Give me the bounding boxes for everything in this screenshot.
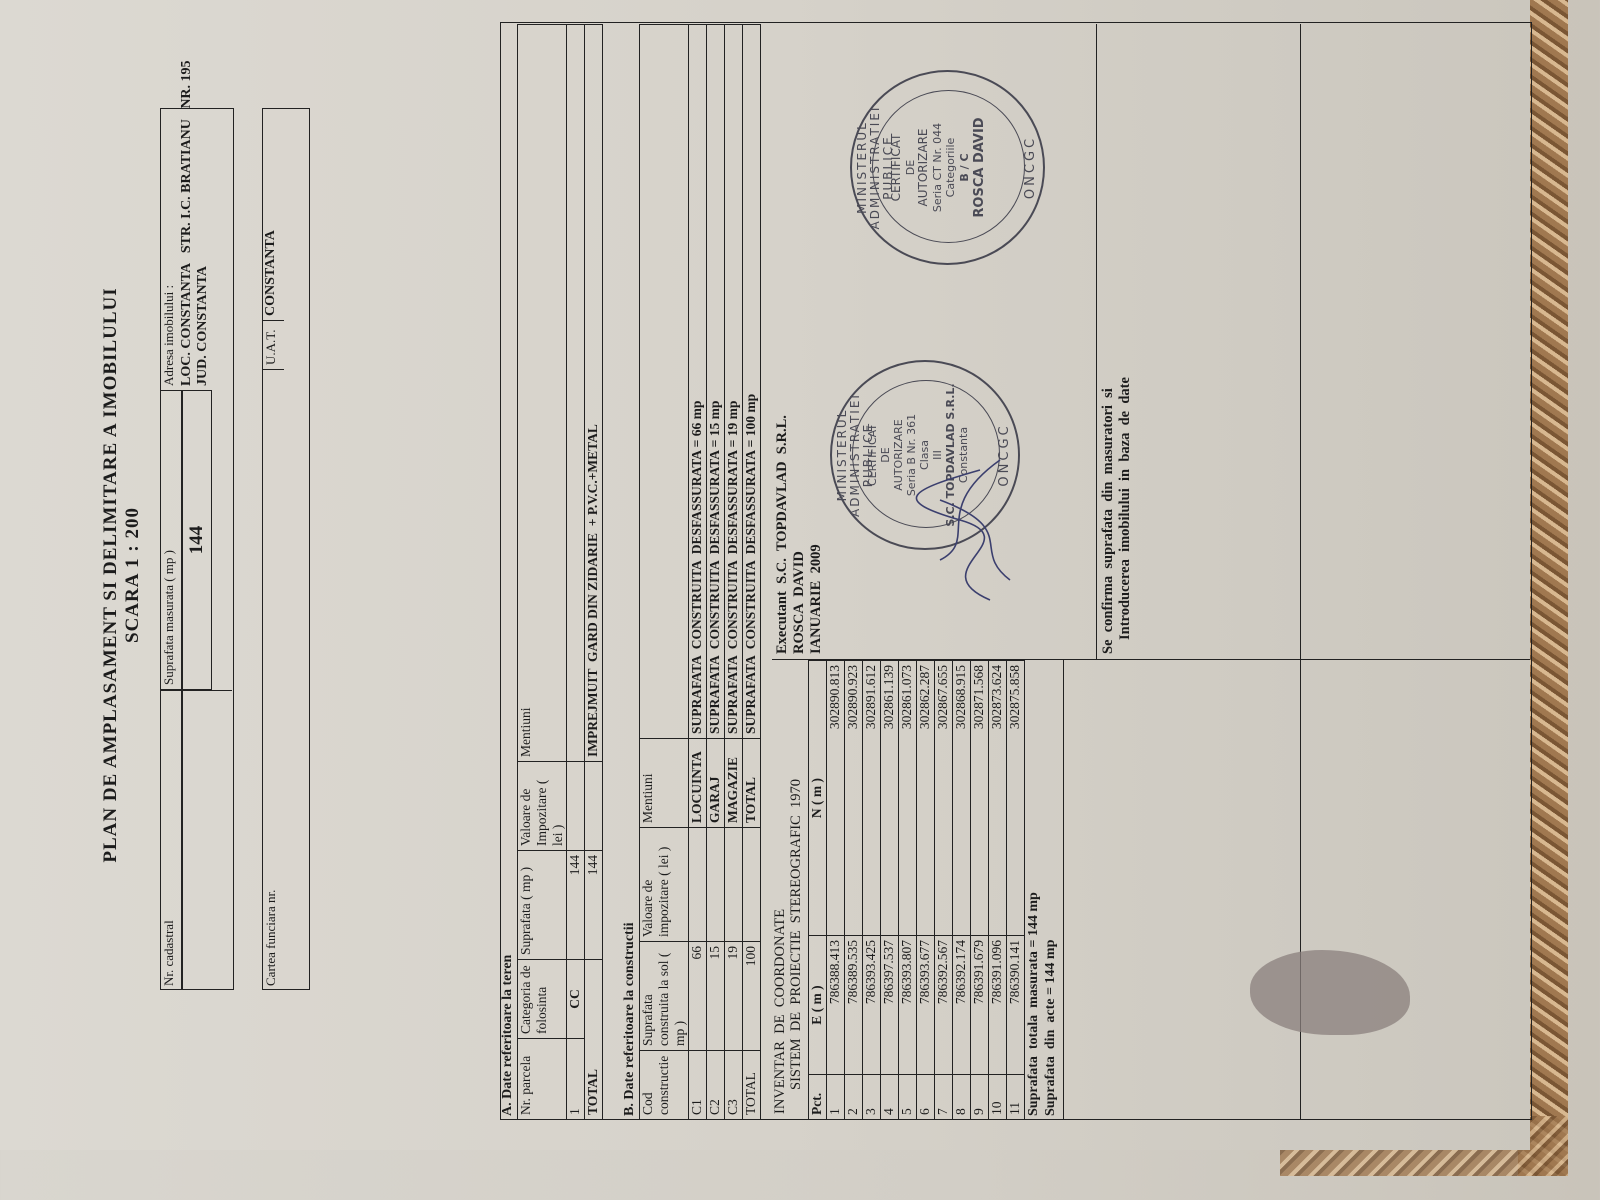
categoria-cell: CC bbox=[567, 960, 585, 1039]
total-suprafata: 100 bbox=[743, 942, 761, 1051]
valoare-cell bbox=[689, 828, 707, 942]
northing-value: 302890.923 bbox=[845, 661, 863, 936]
coordinates-table: Pct. E ( m ) N ( m ) 1786388.413302890.8… bbox=[808, 660, 1025, 1120]
point-number: 10 bbox=[989, 1075, 1007, 1120]
point-number: 6 bbox=[917, 1075, 935, 1120]
col-header: Mentiuni bbox=[640, 739, 689, 828]
col-header: Valoare de impozitare ( lei ) bbox=[640, 828, 689, 942]
divider bbox=[1096, 24, 1097, 660]
area-summary: Suprafata totala masurata = 144 mp Supra… bbox=[1025, 892, 1059, 1116]
adresa-line2: JUD. CONSTANTA bbox=[194, 110, 212, 390]
col-header: Nr. parcela bbox=[518, 1039, 567, 1120]
nr-cadastral-label: Nr. cadastral bbox=[160, 690, 182, 990]
table-row-total: TOTAL 100 TOTAL SUPRAFATA CONSTRUITA DES… bbox=[743, 25, 761, 1120]
mentiuni-cell: SUPRAFATA CONSTRUITA DESFASSURATA = 66 m… bbox=[689, 25, 707, 739]
point-number: 1 bbox=[827, 1075, 845, 1120]
empty-header bbox=[640, 25, 689, 739]
total-label: TOTAL bbox=[743, 1051, 761, 1120]
table-row: 4786397.537302861.139 bbox=[881, 661, 899, 1120]
northing-value: 302890.813 bbox=[827, 661, 845, 936]
stamp-line: DE bbox=[879, 362, 892, 548]
section-a-table: Nr. parcela Categoria de folosinta Supra… bbox=[517, 24, 603, 1120]
suprafata-cell: 19 bbox=[725, 942, 743, 1051]
inventar-title: INVENTAR DE COORDONATE SISTEM DE PROIECT… bbox=[772, 779, 804, 1114]
point-number: 11 bbox=[1007, 1075, 1025, 1120]
northing-value: 302871.568 bbox=[971, 661, 989, 936]
executant-name: ROSCA DAVID bbox=[791, 415, 808, 654]
point-number: 5 bbox=[899, 1075, 917, 1120]
divider bbox=[772, 659, 1530, 660]
suprafata-masurata-label: Suprafata masurata ( mp ) bbox=[160, 390, 182, 690]
table-row: C2 15 GARAJ SUPRAFATA CONSTRUITA DESFASS… bbox=[707, 25, 725, 1120]
document-page: PLAN DE AMPLASAMENT SI DELIMITARE A IMOB… bbox=[0, 0, 1530, 1150]
table-row: 3786393.425302891.612 bbox=[863, 661, 881, 1120]
stamp-line: CERTIFICAT bbox=[866, 362, 879, 548]
suprafata-totala: Suprafata totala masurata = 144 mp bbox=[1025, 892, 1042, 1116]
total-destinatie: TOTAL bbox=[743, 739, 761, 828]
document-scale: SCARA 1 : 200 bbox=[122, 0, 144, 1150]
col-header: Categoria de folosinta bbox=[518, 960, 567, 1039]
northing-value: 302873.624 bbox=[989, 661, 1007, 936]
table-row: 6786393.677302862.287 bbox=[917, 661, 935, 1120]
point-number: 3 bbox=[863, 1075, 881, 1120]
point-number: 2 bbox=[845, 1075, 863, 1120]
northing-value: 302875.858 bbox=[1007, 661, 1025, 936]
parcela-cell: 1 bbox=[567, 1039, 585, 1120]
total-suprafata: 144 bbox=[585, 851, 603, 960]
stamp-rosca-david: MINISTERUL ADMINISTRATIEI PUBLICE CERTIF… bbox=[850, 70, 1045, 265]
table-row: 8786392.174302868.915 bbox=[953, 661, 971, 1120]
section-b-table: Cod constructie Suprafata construita la … bbox=[639, 24, 761, 1120]
valoare-cell bbox=[567, 762, 585, 851]
suprafata-masurata-value: 144 bbox=[182, 390, 212, 690]
executant-company: Executant S.C. TOPDAVLAD S.R.L. bbox=[774, 415, 791, 654]
section-b-title: B. Date referitoare la constructii bbox=[622, 923, 638, 1116]
point-number: 9 bbox=[971, 1075, 989, 1120]
point-number: 4 bbox=[881, 1075, 899, 1120]
easting-value: 786397.537 bbox=[881, 936, 899, 1075]
suprafata-acte: Suprafata din acte = 144 mp bbox=[1042, 892, 1059, 1116]
table-row: 7786392.567302867.655 bbox=[935, 661, 953, 1120]
stamp-line: CERTIFICAT bbox=[890, 72, 903, 263]
suprafata-cell: 144 bbox=[567, 851, 585, 960]
total-mentiuni: IMPREJMUIT GARD DIN ZIDARIE + P.V.C.+MET… bbox=[585, 25, 603, 762]
col-header: Valoare de Impozitare ( lei ) bbox=[518, 762, 567, 851]
executant-date: IANUARIE 2009 bbox=[808, 415, 825, 654]
easting-value: 786392.567 bbox=[935, 936, 953, 1075]
carte-funciara-label: Cartea funciara nr. bbox=[262, 370, 284, 990]
easting-value: 786393.677 bbox=[917, 936, 935, 1075]
total-mentiuni: SUPRAFATA CONSTRUITA DESFASSURATA = 100 … bbox=[743, 25, 761, 739]
uat-value: CONSTANTA bbox=[262, 120, 284, 320]
easting-value: 786392.174 bbox=[953, 936, 971, 1075]
signature-icon bbox=[900, 450, 1040, 610]
table-row: C1 66 LOCUINTA SUPRAFATA CONSTRUITA DESF… bbox=[689, 25, 707, 1120]
table-row: 1786388.413302890.813 bbox=[827, 661, 845, 1120]
col-header: Cod constructie bbox=[640, 1051, 689, 1120]
col-header: Pct. bbox=[809, 1075, 827, 1120]
total-label: TOTAL bbox=[585, 960, 603, 1120]
easting-value: 786393.425 bbox=[863, 936, 881, 1075]
northing-value: 302861.139 bbox=[881, 661, 899, 936]
table-row: 5786393.807302861.073 bbox=[899, 661, 917, 1120]
mentiuni-cell: SUPRAFATA CONSTRUITA DESFASSURATA = 19 m… bbox=[725, 25, 743, 739]
stamp-line: ROSCA DAVID bbox=[973, 72, 986, 263]
confirmation-line2: Introducerea imobilului in baza de date bbox=[1117, 377, 1134, 654]
stamp-line: Categoriile bbox=[944, 72, 957, 263]
easting-value: 786388.413 bbox=[827, 936, 845, 1075]
col-header: Suprafata construita la sol ( mp ) bbox=[640, 942, 689, 1051]
table-row: 1 CC 144 bbox=[567, 25, 585, 1120]
easting-value: 786390.141 bbox=[1007, 936, 1025, 1075]
confirmation-block: Se confirma suprafata din masuratori si … bbox=[1100, 377, 1134, 654]
mentiuni-cell bbox=[567, 25, 585, 762]
destinatie-cell: GARAJ bbox=[707, 739, 725, 828]
cod-cell: C2 bbox=[707, 1051, 725, 1120]
suprafata-cell: 66 bbox=[689, 942, 707, 1051]
northing-value: 302891.612 bbox=[863, 661, 881, 936]
table-row: 10786391.096302873.624 bbox=[989, 661, 1007, 1120]
easting-value: 786393.807 bbox=[899, 936, 917, 1075]
section-a-title: A. Date referitoare la teren bbox=[500, 955, 516, 1116]
inventar-title-line2: SISTEM DE PROIECTIE STEREOGRAFIC 1970 bbox=[788, 779, 804, 1114]
table-row: 9786391.679302871.568 bbox=[971, 661, 989, 1120]
mentiuni-cell: SUPRAFATA CONSTRUITA DESFASSURATA = 15 m… bbox=[707, 25, 725, 739]
col-header: E ( m ) bbox=[809, 936, 827, 1075]
northing-value: 302861.073 bbox=[899, 661, 917, 936]
easting-value: 786389.535 bbox=[845, 936, 863, 1075]
inventar-title-line1: INVENTAR DE COORDONATE bbox=[772, 779, 788, 1114]
col-header: N ( m ) bbox=[809, 661, 827, 936]
adresa-label: Adresa imobilului : bbox=[160, 110, 178, 390]
destinatie-cell: MAGAZIE bbox=[725, 739, 743, 828]
executant-block: Executant S.C. TOPDAVLAD S.R.L. ROSCA DA… bbox=[774, 415, 825, 654]
stamp-line: AUTORIZARE bbox=[917, 72, 930, 263]
stamp-line: Seria CT Nr. 044 bbox=[931, 72, 944, 263]
col-header: Mentiuni bbox=[518, 25, 567, 762]
col-header: Suprafata ( mp ) bbox=[518, 851, 567, 960]
point-number: 7 bbox=[935, 1075, 953, 1120]
divider bbox=[1063, 660, 1064, 1120]
valoare-cell bbox=[725, 828, 743, 942]
easting-value: 786391.096 bbox=[989, 936, 1007, 1075]
table-row: 11786390.141302875.858 bbox=[1007, 661, 1025, 1120]
total-valoare bbox=[743, 828, 761, 942]
stamp-line: B / C bbox=[958, 72, 971, 263]
confirmation-line1: Se confirma suprafata din masuratori si bbox=[1100, 377, 1117, 654]
northing-value: 302862.287 bbox=[917, 661, 935, 936]
table-row: 2786389.535302890.923 bbox=[845, 661, 863, 1120]
destinatie-cell: LOCUINTA bbox=[689, 739, 707, 828]
stamp-ring-text: ONCGC bbox=[1024, 72, 1037, 263]
point-number: 8 bbox=[953, 1075, 971, 1120]
northing-value: 302867.655 bbox=[935, 661, 953, 936]
suprafata-cell: 15 bbox=[707, 942, 725, 1051]
easting-value: 786391.679 bbox=[971, 936, 989, 1075]
table-row-total: TOTAL 144 IMPREJMUIT GARD DIN ZIDARIE + … bbox=[585, 25, 603, 1120]
uat-label: U.A.T. bbox=[262, 320, 284, 370]
total-valoare bbox=[585, 762, 603, 851]
cod-cell: C3 bbox=[725, 1051, 743, 1120]
nr-cadastral-value bbox=[182, 690, 232, 990]
cod-cell: C1 bbox=[689, 1051, 707, 1120]
document-title: PLAN DE AMPLASAMENT SI DELIMITARE A IMOB… bbox=[100, 0, 122, 1150]
valoare-cell bbox=[707, 828, 725, 942]
table-row: C3 19 MAGAZIE SUPRAFATA CONSTRUITA DESFA… bbox=[725, 25, 743, 1120]
northing-value: 302868.915 bbox=[953, 661, 971, 936]
